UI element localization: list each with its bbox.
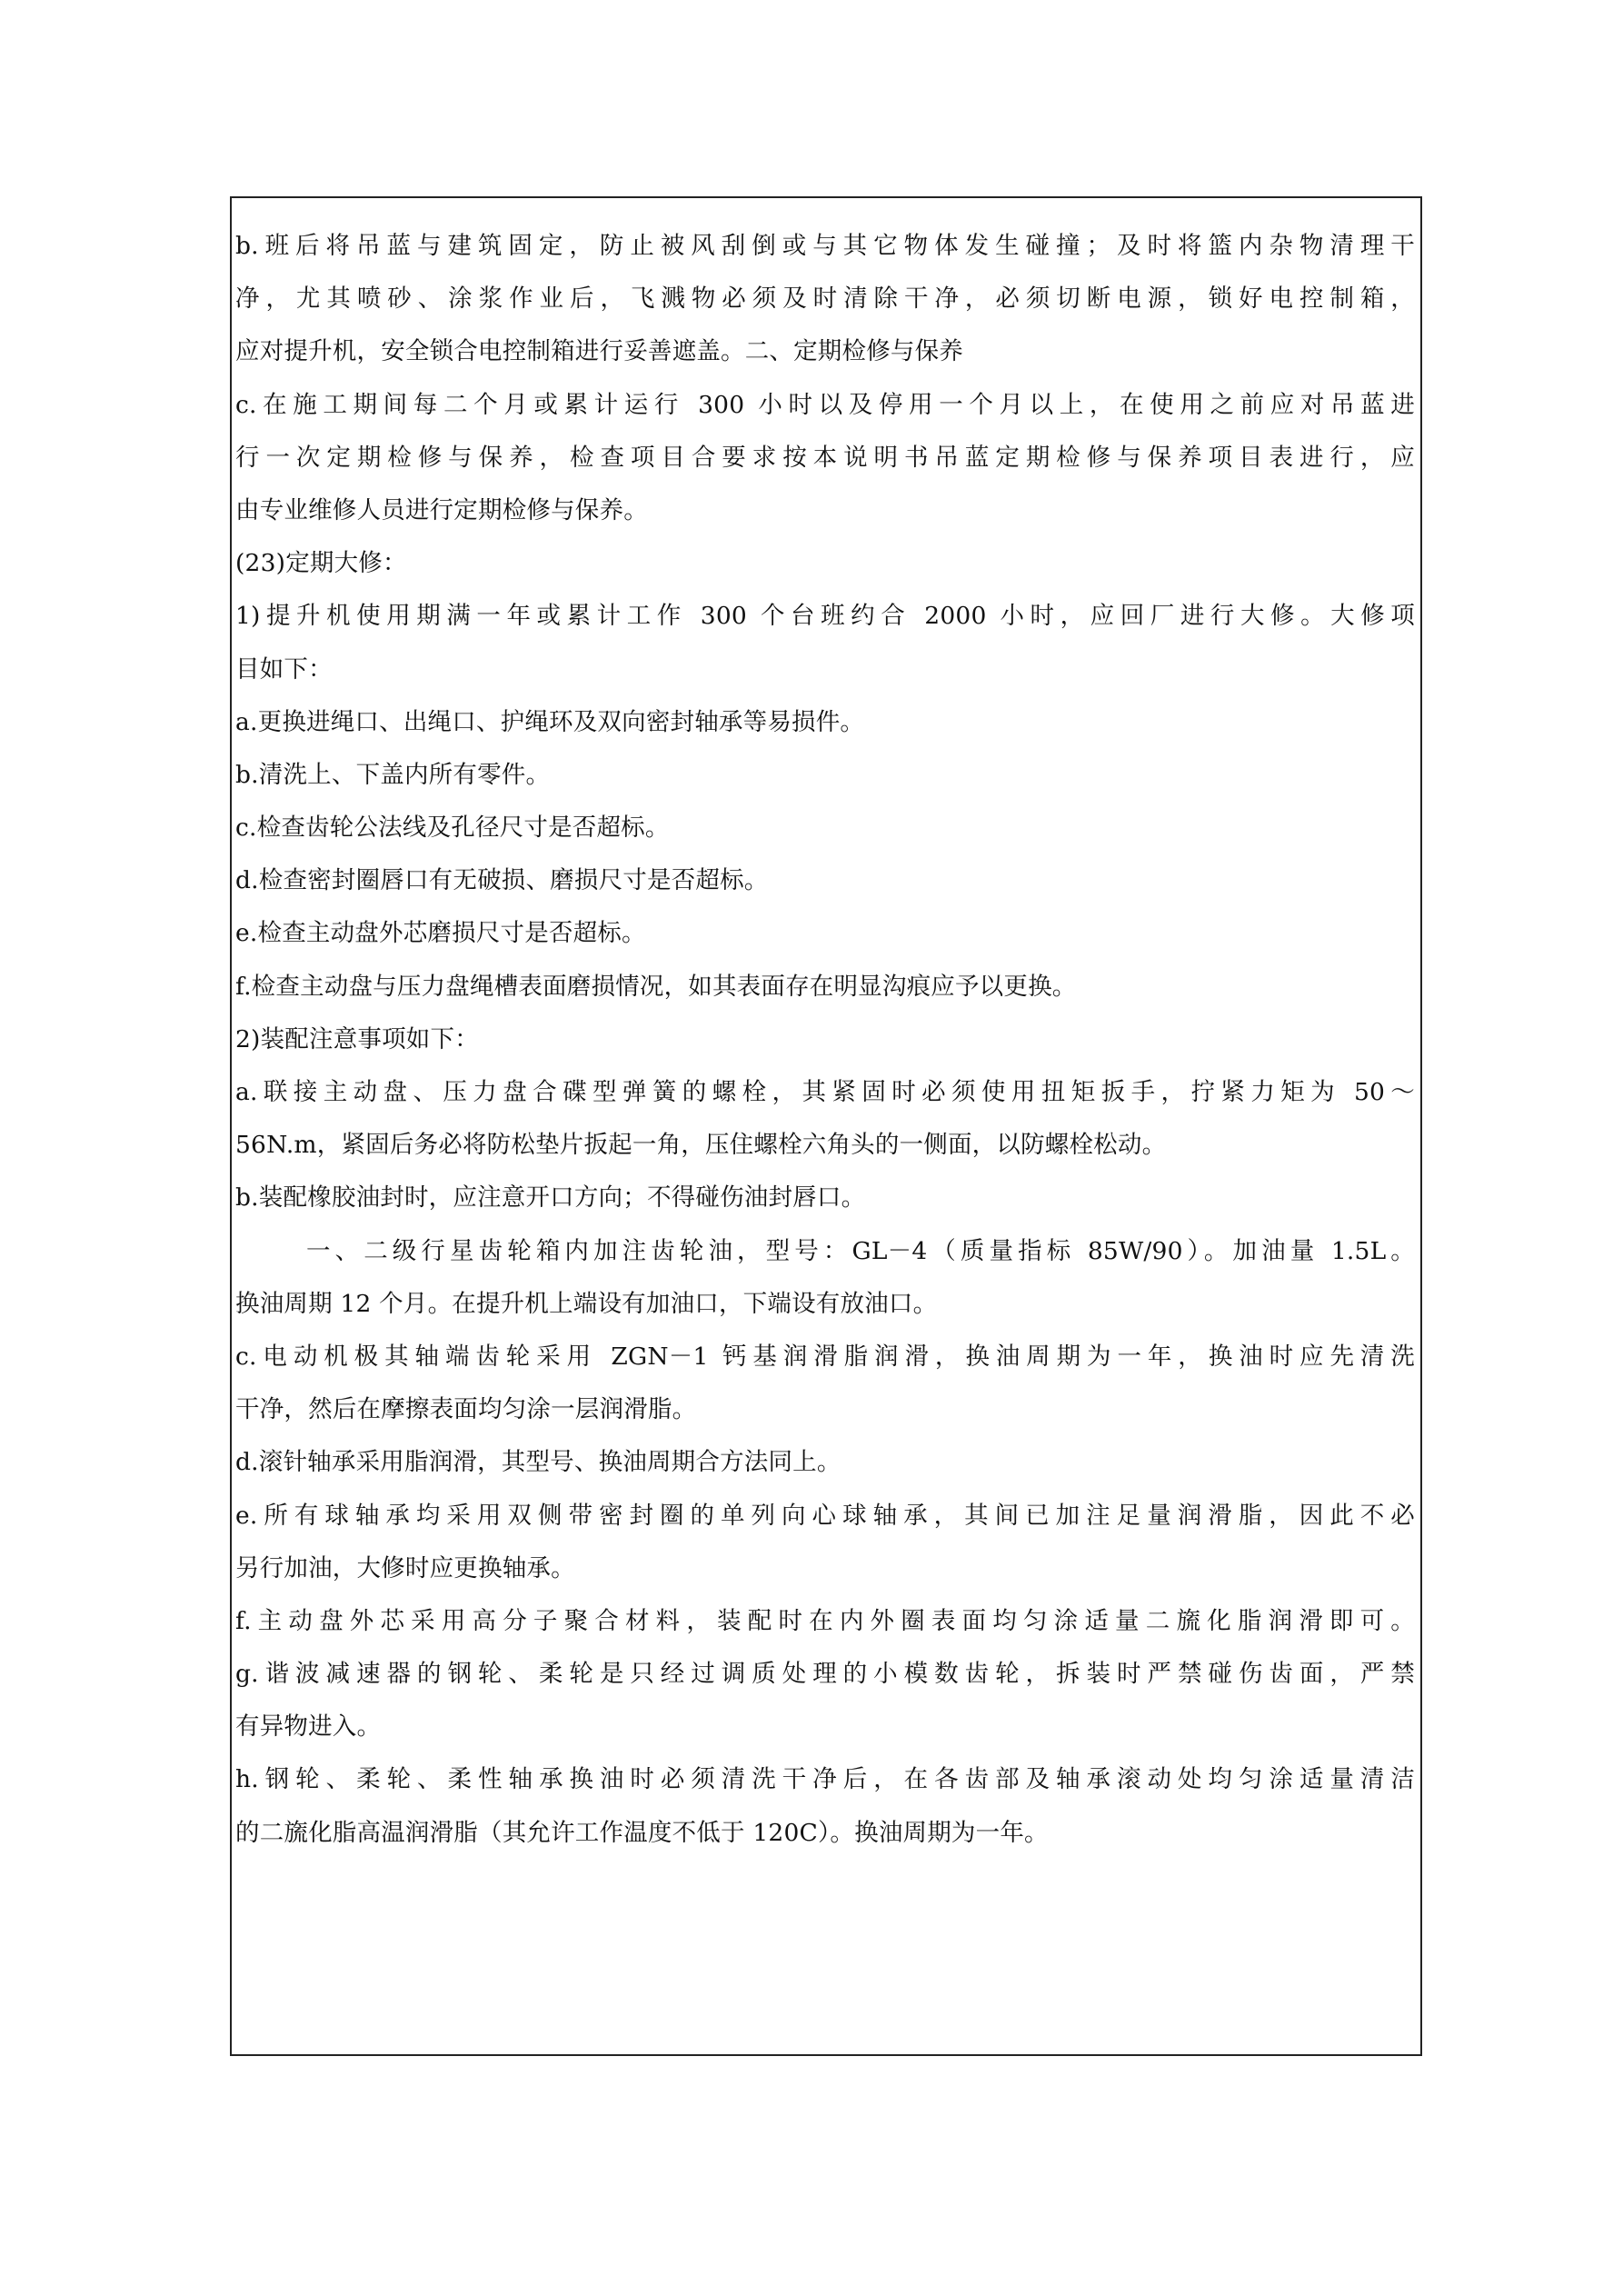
text-line: (23)定期大修：: [235, 537, 1415, 590]
text-line: c.电动机极其轴端齿轮采用 ZGN－1 钙基润滑脂润滑，换油周期为一年，换油时应…: [235, 1331, 1415, 1383]
text-line: 有异物进入。: [235, 1701, 1415, 1753]
text-line: 由专业维修人员进行定期检修与保养。: [235, 484, 1415, 537]
text-line: g.谐波减速器的钢轮、柔轮是只经过调质处理的小模数齿轮，拆装时严禁碰伤齿面，严禁: [235, 1648, 1415, 1701]
text-line: c.在施工期间每二个月或累计运行 300 小时以及停用一个月以上，在使用之前应对…: [235, 379, 1415, 432]
text-line: h.钢轮、柔轮、柔性轴承换油时必须清洗干净后，在各齿部及轴承滚动处均匀涂适量清洁: [235, 1753, 1415, 1806]
text-line: 一、二级行星齿轮箱内加注齿轮油，型号：GL－4（质量指标 85W/90）。加油量…: [235, 1225, 1415, 1278]
text-line: c.检查齿轮公法线及孔径尺寸是否超标。: [235, 802, 1415, 854]
text-line: 应对提升机，安全锁合电控制箱进行妥善遮盖。二、定期检修与保养: [235, 325, 1415, 378]
text-line: b.清洗上、下盖内所有零件。: [235, 749, 1415, 802]
text-line: 干净，然后在摩擦表面均匀涂一层润滑脂。: [235, 1383, 1415, 1436]
text-line: 另行加油，大修时应更换轴承。: [235, 1542, 1415, 1595]
text-line: a.联接主动盘、压力盘合碟型弹簧的螺栓，其紧固时必须使用扭矩扳手，拧紧力矩为 5…: [235, 1066, 1415, 1119]
text-line: 1)提升机使用期满一年或累计工作 300 个台班约合 2000 小时，应回厂进行…: [235, 590, 1415, 643]
text-line: 的二旒化脂高温润滑脂（其允许工作温度不低于 120C）。换油周期为一年。: [235, 1807, 1415, 1860]
text-line: f.检查主动盘与压力盘绳槽表面磨损情况，如其表面存在明显沟痕应予以更换。: [235, 961, 1415, 1013]
text-line: 换油周期 12 个月。在提升机上端设有加油口，下端设有放油口。: [235, 1278, 1415, 1331]
text-line: 净，尤其喷砂、涂浆作业后，飞溅物必须及时清除干净，必须切断电源，锁好电控制箱，: [235, 273, 1415, 325]
text-line: a.更换进绳口、出绳口、护绳环及双向密封轴承等易损件。: [235, 696, 1415, 749]
text-line: b.班后将吊蓝与建筑固定，防止被风刮倒或与其它物体发生碰撞；及时将篮内杂物清理干: [235, 220, 1415, 273]
text-line: b.装配橡胶油封时，应注意开口方向；不得碰伤油封唇口。: [235, 1172, 1415, 1224]
document-body: b.班后将吊蓝与建筑固定，防止被风刮倒或与其它物体发生碰撞；及时将篮内杂物清理干…: [235, 220, 1415, 1860]
text-line: d.滚针轴承采用脂润滑，其型号、换油周期合方法同上。: [235, 1436, 1415, 1489]
text-line: e.所有球轴承均采用双侧带密封圈的单列向心球轴承，其间已加注足量润滑脂，因此不必: [235, 1490, 1415, 1542]
text-line: 56N.m，紧固后务必将防松垫片扳起一角，压住螺栓六角头的一侧面，以防螺栓松动。: [235, 1119, 1415, 1172]
text-line: f.主动盘外芯采用高分子聚合材料，装配时在内外圈表面均匀涂适量二旒化脂润滑即可。: [235, 1595, 1415, 1648]
text-line: d.检查密封圈唇口有无破损、磨损尺寸是否超标。: [235, 854, 1415, 907]
text-line: e.检查主动盘外芯磨损尺寸是否超标。: [235, 907, 1415, 960]
text-line: 行一次定期检修与保养，检查项目合要求按本说明书吊蓝定期检修与保养项目表进行，应: [235, 432, 1415, 484]
text-line: 2)装配注意事项如下：: [235, 1013, 1415, 1066]
document-table-cell: b.班后将吊蓝与建筑固定，防止被风刮倒或与其它物体发生碰撞；及时将篮内杂物清理干…: [230, 196, 1422, 2056]
text-line: 目如下：: [235, 644, 1415, 696]
